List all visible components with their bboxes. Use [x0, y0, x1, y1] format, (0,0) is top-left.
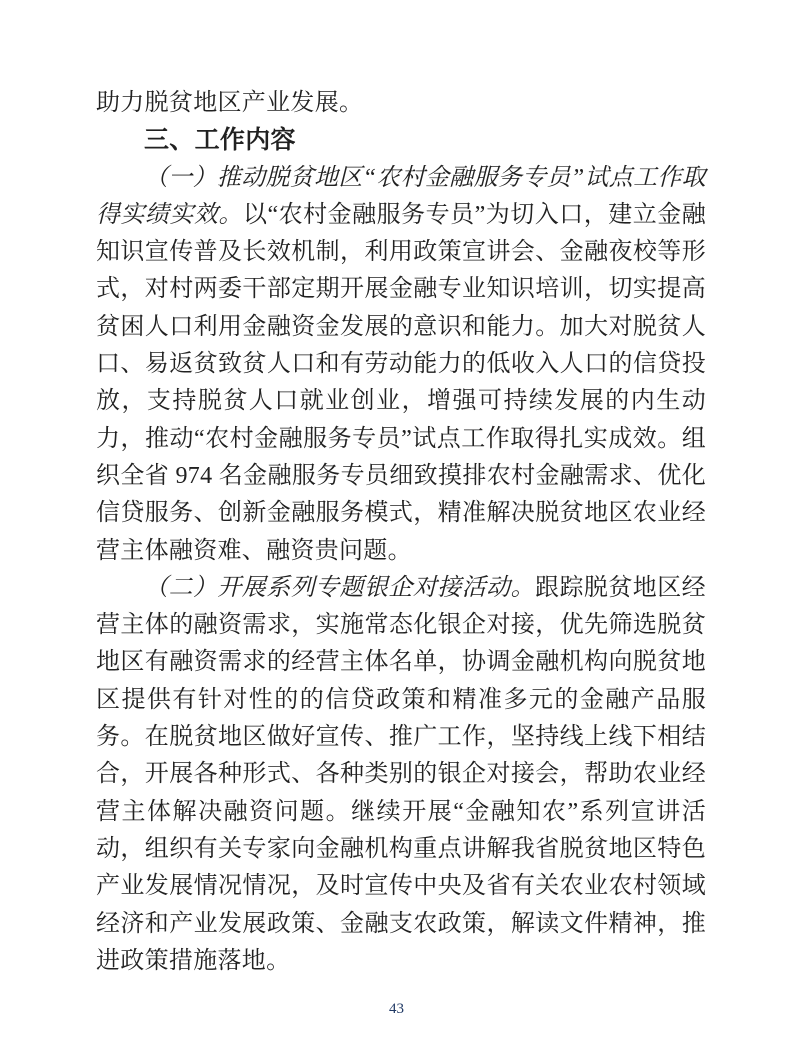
section-heading: 三、工作内容: [96, 122, 706, 159]
page-number: 43: [0, 998, 793, 1020]
intro-line: 助力脱贫地区产业发展。: [96, 85, 706, 122]
paragraph-1-body: 以“农村金融服务专员”为切入口，建立金融知识宣传普及长效机制，利用政策宣讲会、金…: [96, 202, 706, 564]
paragraph-1: （一）推动脱贫地区“农村金融服务专员”试点工作取得实绩实效。以“农村金融服务专员…: [96, 160, 706, 570]
paragraph-2-body: 跟踪脱贫地区经营主体的融资需求，实施常态化银企对接，优先筛选脱贫地区有融资需求的…: [96, 575, 706, 974]
paragraph-2-lead: （二）开展系列专题银企对接活动。: [144, 575, 535, 601]
document-body: 助力脱贫地区产业发展。 三、工作内容 （一）推动脱贫地区“农村金融服务专员”试点…: [96, 85, 706, 980]
paragraph-2: （二）开展系列专题银企对接活动。跟踪脱贫地区经营主体的融资需求，实施常态化银企对…: [96, 570, 706, 980]
document-page: 助力脱贫地区产业发展。 三、工作内容 （一）推动脱贫地区“农村金融服务专员”试点…: [0, 0, 793, 1058]
